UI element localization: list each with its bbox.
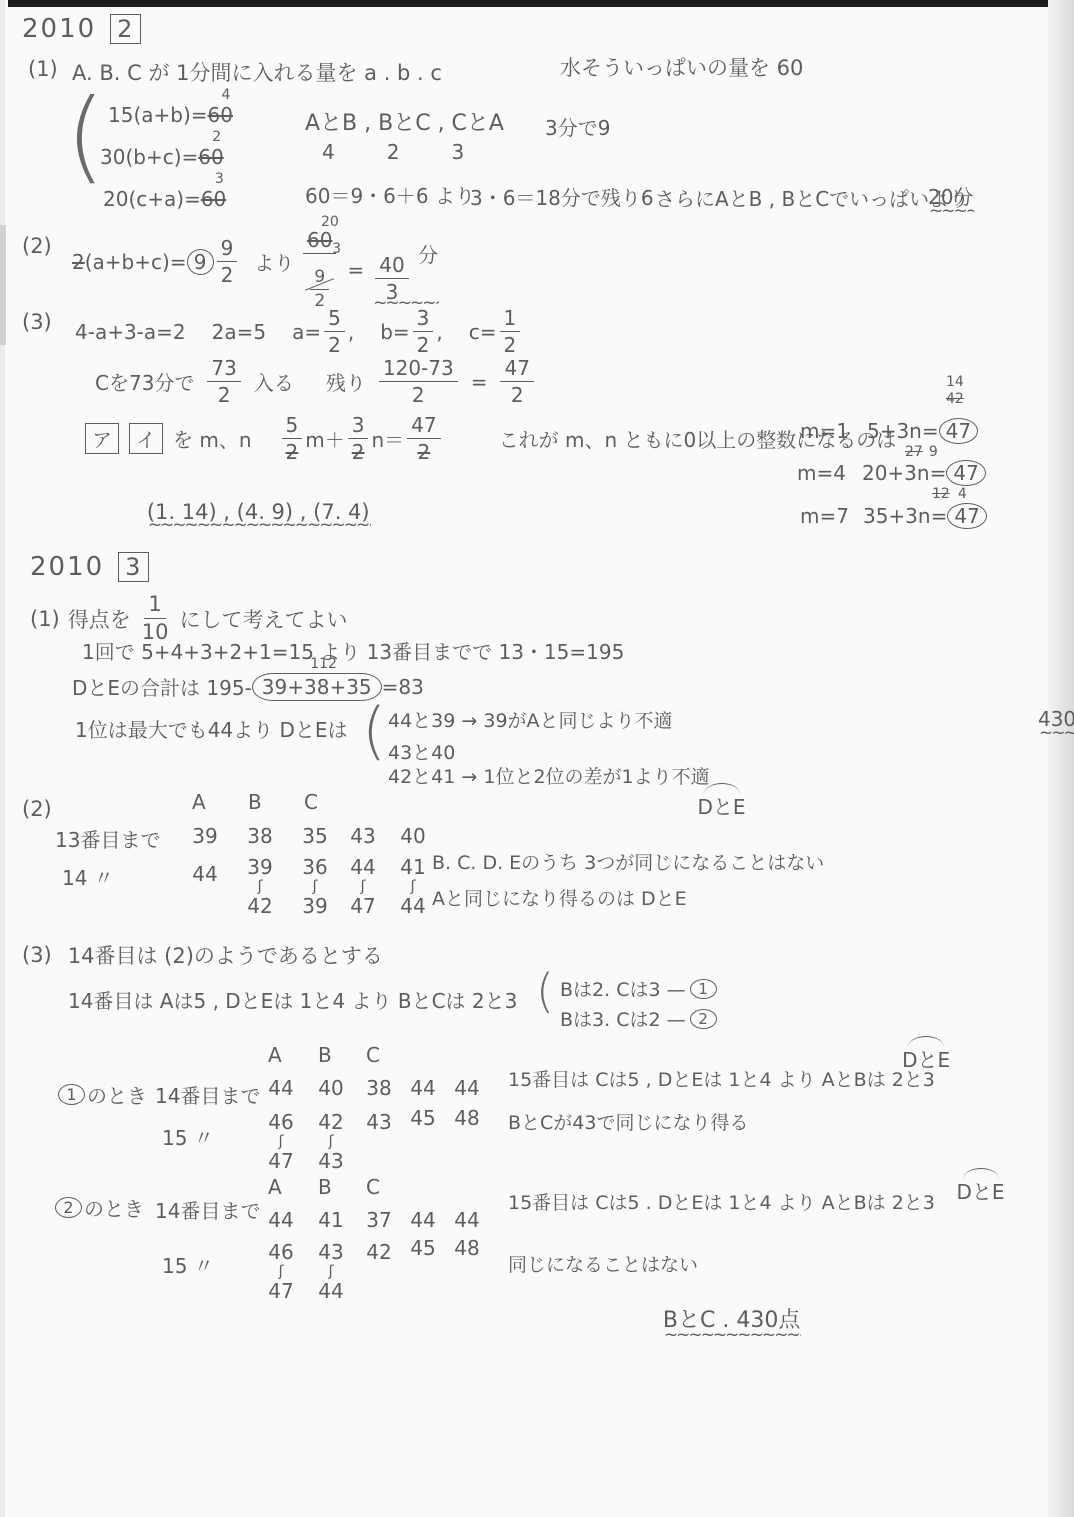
p2-2-lhs: (a+b+c)= bbox=[85, 250, 187, 274]
sol1-sup-new: 14 bbox=[946, 374, 964, 391]
p2-2-numerator-corrected: 6020 bbox=[307, 230, 332, 250]
b1-circled-number: 1 bbox=[58, 1084, 85, 1105]
p2-3-frac-3-2: 32 bbox=[348, 415, 369, 462]
p2-3-line2-mid: 入る bbox=[254, 367, 294, 396]
p2-1-label: (1) bbox=[28, 57, 58, 81]
p3-2-head-a: A bbox=[192, 790, 206, 814]
p2-3-frac-47-2: 472 bbox=[500, 358, 533, 405]
sol2-m: m=4 bbox=[797, 461, 846, 485]
p2-3-line2-pre: Cを73分で bbox=[95, 367, 194, 396]
p2-3-line1: 4-a+3-a=2 2a=5 a=52, b=32, c=12 bbox=[75, 308, 523, 355]
p3-1-case-3: 42と41 → 1位と2位の差が1より不適 bbox=[388, 762, 710, 789]
b1-row2-b-range: 42ʃ43 bbox=[316, 1110, 346, 1173]
b2-note1: 15番目は Cは5 . DとEは 1と4 より AとBは 2と3 bbox=[508, 1188, 935, 1215]
p2-3-line3-m: m＋ bbox=[305, 424, 344, 453]
b2-row1-b: 41 bbox=[316, 1208, 346, 1232]
p3-2-row2-b-range: 39ʃ42 bbox=[245, 855, 275, 918]
b2-row1-d: 44 bbox=[408, 1208, 438, 1232]
b2-row2-label: 15 〃 bbox=[162, 1250, 214, 1279]
b1-label: 1 のとき bbox=[58, 1080, 147, 1109]
pair-value-ab: 4 bbox=[322, 140, 335, 164]
problem-3-year: 2010 bbox=[30, 552, 104, 582]
equation-3-lhs: 20(c+a)= bbox=[103, 187, 201, 211]
p3-2-row1-d: 43 bbox=[348, 824, 378, 848]
p3-1-label: (1) bbox=[30, 607, 60, 631]
problem-2-number-box: 2 bbox=[110, 14, 141, 44]
equation-3-rhs-corrected: 603 bbox=[201, 187, 226, 211]
equation-2-lhs: 30(b+c)= bbox=[100, 145, 198, 169]
sol-row-1: m=1 5+3n=47 bbox=[800, 418, 978, 444]
pair-labels: AとB , BとC , CとA bbox=[305, 106, 504, 137]
sol2-sup-new: 9 bbox=[929, 444, 938, 460]
b2-row2-a-range: 46ʃ47 bbox=[266, 1240, 296, 1303]
p3-1-case-2: 43と40 bbox=[388, 738, 455, 765]
p2-3-eq2: 2a=5 bbox=[212, 320, 266, 344]
p3-1-line3-pre: DとEの合計は 195- bbox=[72, 672, 252, 701]
b2-head-b: B bbox=[318, 1175, 332, 1199]
p3-3-case1: Bは2. Cは3 —1 bbox=[560, 975, 717, 1002]
p2-2-answer: 403 分 bbox=[372, 239, 438, 302]
pair-value-ca: 3 bbox=[451, 140, 464, 164]
p3-2-row2-label: 14 〃 bbox=[62, 862, 114, 891]
p3-2-row1-a: 39 bbox=[190, 824, 220, 848]
problem-3-header: 2010 3 bbox=[30, 552, 159, 582]
pair-values: 4 2 3 bbox=[322, 140, 464, 164]
sol-row-3: m=7 35+3n=47 bbox=[800, 503, 987, 529]
equation-1-rhs-corrected: 604 bbox=[208, 103, 233, 127]
p3-1-line4: 1位は最大でも44より DとEは bbox=[75, 714, 348, 743]
p3-1-pre: 得点を bbox=[68, 604, 131, 634]
equation-3: 20(c+a)=603 bbox=[103, 187, 226, 211]
calc-line-3: さらにAとB , BとCでいっぱいより bbox=[655, 183, 969, 212]
p2-3-frac-47-2b: 472 bbox=[407, 415, 440, 462]
p3-2-head-c: C bbox=[304, 790, 318, 814]
equation-1: 15(a+b)=604 bbox=[108, 103, 233, 127]
sol3-m: m=7 bbox=[800, 504, 849, 528]
b2-row2-b-range: 43ʃ44 bbox=[316, 1240, 346, 1303]
sol1-sup-stack: 14 42 bbox=[946, 374, 964, 408]
case2-circled-number: 2 bbox=[690, 1009, 717, 1029]
calc-line-2: 3・6＝18分で残り6 bbox=[470, 182, 654, 211]
p2-3-line3: ア イ を m、n 52 m＋ 32 n＝ 472 これが m、n ともに0以上… bbox=[85, 415, 896, 462]
p3-3-case2: Bは3. Cは2 —2 bbox=[560, 1005, 717, 1032]
p3-2-row1-label: 13番目まで bbox=[55, 824, 160, 853]
b2-note2: 同じになることはない bbox=[508, 1250, 698, 1277]
p3-1-line3-post: =83 bbox=[382, 675, 424, 699]
b2-row1-label: 14番目まで bbox=[155, 1195, 260, 1224]
p2-3-b-value: b=32, bbox=[380, 308, 443, 355]
sol3-result-circled: 47 bbox=[947, 503, 986, 529]
sol3-sup-new: 4 bbox=[958, 486, 967, 502]
subcase-brace bbox=[536, 968, 554, 1014]
sol2-result-circled: 47 bbox=[946, 460, 985, 486]
b2-row2-d: 45 bbox=[408, 1236, 438, 1260]
sol3-sup-old: 12 bbox=[932, 486, 950, 502]
b1-row1-c: 38 bbox=[364, 1076, 394, 1100]
p2-3-a-value: a=52, bbox=[292, 308, 354, 355]
p2-3-line2: Cを73分で 732 入る 残り 120-732 = 472 bbox=[95, 358, 537, 405]
p3-2-row2-e-range: 41ʃ44 bbox=[398, 855, 428, 918]
p2-3-label: (3) bbox=[22, 310, 52, 334]
equation-1-lhs: 15(a+b)= bbox=[108, 103, 208, 127]
final-answer: BとC . 430点 bbox=[663, 1303, 800, 1334]
p3-1-line2: 1回で 5+4+3+2+1=15 より 13番目までで 13・15=195 bbox=[82, 636, 624, 665]
p3-2-head-de: DとE bbox=[698, 791, 746, 820]
p2-3-frac-73-2: 732 bbox=[207, 358, 240, 405]
blank-box-a: ア bbox=[85, 423, 119, 454]
b2-head-a: A bbox=[268, 1175, 282, 1199]
b1-head-c: C bbox=[366, 1043, 380, 1067]
p2-1-setup2: 水そういっぱいの量を 60 bbox=[560, 52, 803, 82]
p3-2-head-b: B bbox=[248, 790, 262, 814]
b2-label: 2 のとき bbox=[55, 1193, 144, 1222]
sol-row-2: m=4 20+3n=47 bbox=[797, 460, 986, 486]
p2-2-label: (2) bbox=[22, 234, 52, 258]
p2-3-line3-n: n＝ bbox=[371, 424, 404, 453]
p2-1-answer: 20分 bbox=[928, 181, 973, 210]
b1-note2: BとCが43で同じになり得る bbox=[508, 1108, 748, 1135]
p2-1-setup: A. B. C が 1分間に入れる量を a . b . c bbox=[72, 57, 442, 87]
p2-3-frac-5-2: 52 bbox=[282, 415, 303, 462]
b1-row2-e: 48 bbox=[452, 1106, 482, 1130]
p2-3-line3-pre: を m、n bbox=[173, 424, 252, 453]
p2-3-answer: (1. 14) , (4. 9) , (7. 4) bbox=[147, 500, 370, 524]
p3-2-row1-e: 40 bbox=[398, 824, 428, 848]
p2-3-frac-120-73: 120-732 bbox=[379, 358, 458, 405]
sol2-eq: 20+3n= bbox=[862, 461, 946, 485]
scanned-worksheet-page: 2010 2 (1) A. B. C が 1分間に入れる量を a . b . c… bbox=[0, 0, 1074, 1517]
p3-2-note2: Aと同じになり得るのは DとE bbox=[432, 884, 687, 911]
p2-3-eq1: 4-a+3-a=2 bbox=[75, 320, 186, 344]
p2-2-denominator-corrected: 923 bbox=[307, 257, 332, 310]
sol2-sup-old: 27 bbox=[905, 444, 923, 460]
p3-2-row2-c-range: 36ʃ39 bbox=[300, 855, 330, 918]
p3-2-row2-d-range: 44ʃ47 bbox=[348, 855, 378, 918]
problem-2-year: 2010 bbox=[22, 14, 96, 44]
b2-row2-c: 42 bbox=[364, 1240, 394, 1264]
sol1-sup-old: 42 bbox=[946, 391, 964, 408]
p2-3-c-value: c=12 bbox=[469, 308, 524, 355]
p2-2-denominator-fraction: 92 bbox=[310, 269, 329, 310]
b1-row1-label: 14番目まで bbox=[155, 1080, 260, 1109]
p3-3-label: (3) bbox=[22, 943, 52, 967]
b1-row1-b: 40 bbox=[316, 1076, 346, 1100]
b2-row1-a: 44 bbox=[266, 1208, 296, 1232]
b1-row1-a: 44 bbox=[266, 1076, 296, 1100]
b1-row2-label: 15 〃 bbox=[162, 1122, 214, 1151]
p2-2-cancelled-2: 2 bbox=[72, 250, 85, 274]
b2-head-c: C bbox=[366, 1175, 380, 1199]
scan-artifact-top-bar bbox=[8, 0, 1074, 7]
b2-row1-e: 44 bbox=[452, 1208, 482, 1232]
scan-artifact-right-edge bbox=[1048, 0, 1074, 1517]
b1-row2-c: 43 bbox=[364, 1110, 394, 1134]
b2-circled-number: 2 bbox=[55, 1197, 82, 1218]
p3-1-case-1: 44と39 → 39がAと同じより不適 bbox=[388, 706, 673, 733]
pairs-note: 3分で9 bbox=[545, 112, 610, 141]
b1-head-a: A bbox=[268, 1043, 282, 1067]
p2-2-big-fraction: 6020 923 bbox=[303, 230, 336, 310]
blank-box-i: イ bbox=[129, 423, 163, 454]
sol1-result-circled: 47 bbox=[939, 418, 978, 444]
b1-head-b: B bbox=[318, 1043, 332, 1067]
cases-brace bbox=[362, 700, 386, 762]
p3-2-label: (2) bbox=[22, 797, 52, 821]
problem-2-header: 2010 2 bbox=[22, 14, 151, 44]
b2-head-de: DとE bbox=[957, 1176, 1005, 1205]
b1-row1-e: 44 bbox=[452, 1076, 482, 1100]
p3-1-post: にして考えてよい bbox=[179, 604, 347, 634]
p2-3-line2-rem: 残り bbox=[326, 367, 366, 396]
b1-row1-d: 44 bbox=[408, 1076, 438, 1100]
sol2-sup: 27 9 bbox=[905, 444, 938, 460]
equation-2: 30(b+c)=602 bbox=[100, 145, 224, 169]
p2-2-result: 6020 923 = 403 分 bbox=[300, 230, 438, 310]
p2-2-yori: より bbox=[254, 247, 294, 276]
b2-row1-c: 37 bbox=[364, 1208, 394, 1232]
sol3-sup: 12 4 bbox=[932, 486, 967, 502]
p3-3-line1: 14番目は (2)のようであるとする bbox=[68, 940, 383, 970]
system-brace bbox=[66, 86, 105, 186]
p3-3-line1-row: (3) 14番目は (2)のようであるとする bbox=[22, 940, 383, 970]
p3-3-line2: 14番目は Aは5 , DとEは 1と4 より BとCは 2と3 bbox=[68, 985, 517, 1014]
b1-row2-d: 45 bbox=[408, 1106, 438, 1130]
sol3-eq: 35+3n= bbox=[863, 504, 947, 528]
p3-2-row1-c: 35 bbox=[300, 824, 330, 848]
equation-2-rhs-corrected: 602 bbox=[198, 145, 223, 169]
sol1-eq: 5+3n= bbox=[867, 419, 939, 443]
p2-2-equals: = bbox=[347, 258, 364, 282]
p3-2-note1: B. C. D. Eのうち 3つが同じになることはない bbox=[432, 848, 824, 875]
b1-note1: 15番目は Cは5 , DとEは 1と4 より AとBは 2と3 bbox=[508, 1065, 935, 1092]
pair-value-bc: 2 bbox=[387, 140, 400, 164]
case1-circled-number: 1 bbox=[690, 979, 717, 999]
p2-2-circled-9: 9 bbox=[187, 249, 214, 275]
b1-row2-a-range: 46ʃ47 bbox=[266, 1110, 296, 1173]
calc-line-1: 60＝9・6＋6 より bbox=[305, 180, 475, 209]
p2-3-line2-eq: = bbox=[471, 370, 488, 394]
p3-1-answer: 430点 bbox=[1038, 703, 1074, 732]
p3-2-row2-a: 44 bbox=[190, 862, 220, 886]
p3-2-row1-b: 38 bbox=[245, 824, 275, 848]
sol1-m: m=1 bbox=[800, 419, 849, 443]
b2-row2-e: 48 bbox=[452, 1236, 482, 1260]
scan-artifact-left-notch bbox=[0, 225, 6, 345]
p2-2-result-fraction: 403 bbox=[375, 255, 408, 302]
problem-3-number-box: 3 bbox=[118, 552, 149, 582]
p2-2-equation: 2 (a+b+c)= 9 92 より bbox=[72, 238, 294, 285]
p2-2-fraction-9-2: 92 bbox=[217, 238, 238, 285]
p2-2-unit: 分 bbox=[418, 243, 438, 267]
